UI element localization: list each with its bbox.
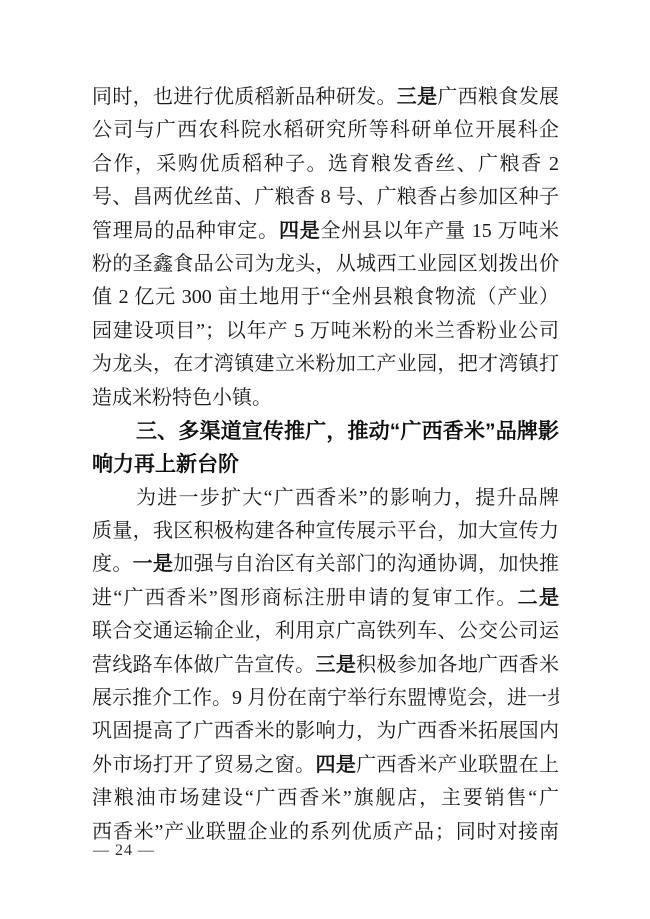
heading-line: 三、多渠道宣传推广，推动“广西香米”品牌影 [92,415,559,448]
text-line: 度。一是加强与自治区有关部门的沟通协调，加快推 [92,548,559,581]
text-segment: 为进一步扩大“广西香米”的影响力，提升品牌 [136,487,559,509]
text-line: 营线路车体做广告宣传。三是积极参加各地广西香米 [92,649,559,682]
text-segment: 加强与自治区有关部门的沟通协调，加快推 [173,553,559,575]
bold-emphasis-text: 响力再上新台阶 [92,453,239,476]
text-segment: 外市场打开了贸易之窗。 [92,754,316,776]
text-line: 粉的圣鑫食品公司为龙头，从城西工业园区划拨出价 [92,248,559,281]
heading-line: 响力再上新台阶 [92,448,559,481]
bold-emphasis-text: 四是 [316,754,357,776]
text-segment: 进“广西香米”图形商标注册申请的复审工作。 [92,587,518,609]
text-line: 合作，采购优质稻种子。选育粮发香丝、广粮香 2 [92,148,559,181]
text-line: 管理局的品种审定。四是全州县以年产量 15 万吨米 [92,215,559,248]
text-segment: 质量，我区积极构建各种宣传展示平台，加大宣传力 [92,520,559,542]
text-line: 联合交通运输企业，利用京广高铁列车、公交公司运 [92,615,559,648]
text-line: 公司与广西农科院水稻研究所等科研单位开展科企 [92,114,559,147]
text-segment: 号、昌两优丝苗、广粮香 8 号、广粮香占参加区种子 [92,186,559,208]
text-segment: 广西粮食发展 [437,86,559,108]
text-line: 号、昌两优丝苗、广粮香 8 号、广粮香占参加区种子 [92,181,559,214]
bold-emphasis-text: 三是 [397,86,438,108]
text-segment: 全州县以年产量 15 万吨米 [321,220,559,242]
text-line: 西香米”产业联盟企业的系列优质产品；同时对接南 [92,816,559,849]
document-page: 同时，也进行优质稻新品种研发。三是广西粮食发展公司与广西农科院水稻研究所等科研单… [0,0,650,919]
text-line: 展示推介工作。9 月份在南宁举行东盟博览会，进一步 [92,682,559,715]
text-segment: 广西香米产业联盟在上 [356,754,559,776]
text-line: 同时，也进行优质稻新品种研发。三是广西粮食发展 [92,81,559,114]
text-line: 值 2 亿元 300 亩土地用于“全州县粮食物流（产业） [92,281,559,314]
text-segment: 公司与广西农科院水稻研究所等科研单位开展科企 [92,119,559,141]
text-line: 质量，我区积极构建各种宣传展示平台，加大宣传力 [92,515,559,548]
text-line: 造成米粉特色小镇。 [92,382,559,415]
text-line: 巩固提高了广西香米的影响力，为广西香米拓展国内 [92,715,559,748]
text-segment: 度。 [92,553,133,575]
text-segment: 园建设项目”；以年产 5 万吨米粉的米兰香粉业公司 [92,320,559,342]
text-segment: 津粮油市场建设“广西香米”旗舰店，主要销售“广 [92,787,559,809]
text-line: 为龙头，在才湾镇建立米粉加工产业园，把才湾镇打 [92,348,559,381]
text-segment: 展示推介工作。9 月份在南宁举行东盟博览会，进一步 [92,687,559,709]
bold-emphasis-text: 二是 [518,587,559,609]
bold-emphasis-text: 一是 [133,553,174,575]
text-line: 津粮油市场建设“广西香米”旗舰店，主要销售“广 [92,782,559,815]
bold-emphasis-text: 三是 [316,654,357,676]
text-segment: 粉的圣鑫食品公司为龙头，从城西工业园区划拨出价 [92,253,559,275]
text-segment: 造成米粉特色小镇。 [92,387,272,409]
text-segment: 西香米”产业联盟企业的系列优质产品；同时对接南 [92,821,559,843]
document-body: 同时，也进行优质稻新品种研发。三是广西粮食发展公司与广西农科院水稻研究所等科研单… [92,81,559,849]
text-segment: 积极参加各地广西香米 [356,654,559,676]
page-number: — 24 — [93,841,155,861]
text-segment: 同时，也进行优质稻新品种研发。 [92,86,397,108]
text-segment: 管理局的品种审定。 [92,220,279,242]
text-line: 为进一步扩大“广西香米”的影响力，提升品牌 [92,482,559,515]
text-segment: 营线路车体做广告宣传。 [92,654,316,676]
bold-emphasis-text: 三、多渠道宣传推广，推动“广西香米”品牌影 [136,420,559,443]
text-line: 外市场打开了贸易之窗。四是广西香米产业联盟在上 [92,749,559,782]
text-segment: 联合交通运输企业，利用京广高铁列车、公交公司运 [92,620,559,642]
text-line: 进“广西香米”图形商标注册申请的复审工作。二是 [92,582,559,615]
bold-emphasis-text: 四是 [279,220,321,242]
text-segment: 值 2 亿元 300 亩土地用于“全州县粮食物流（产业） [92,286,559,308]
text-segment: 巩固提高了广西香米的影响力，为广西香米拓展国内 [92,720,559,742]
text-segment: 合作，采购优质稻种子。选育粮发香丝、广粮香 2 [92,153,559,175]
text-segment: 为龙头，在才湾镇建立米粉加工产业园，把才湾镇打 [92,353,559,375]
text-line: 园建设项目”；以年产 5 万吨米粉的米兰香粉业公司 [92,315,559,348]
